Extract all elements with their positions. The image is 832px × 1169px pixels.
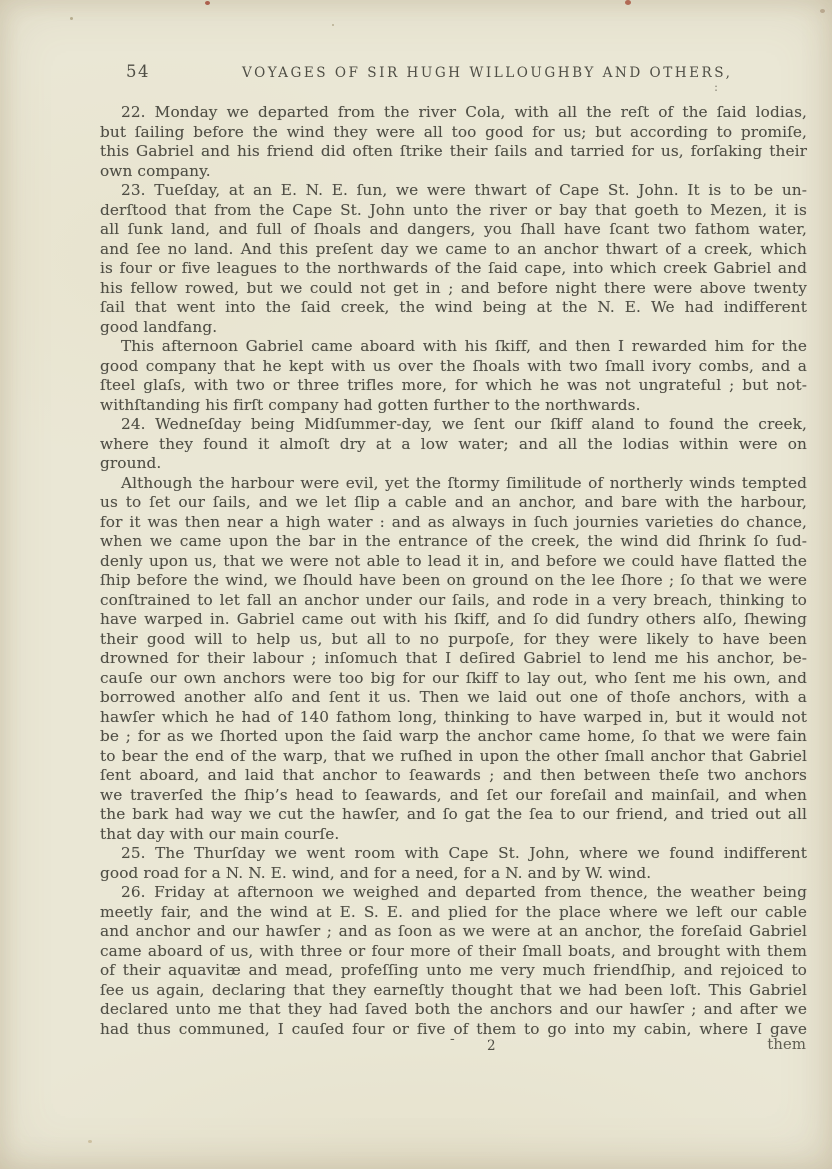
running-header: VOYAGES OF SIR HUGH WILLOUGHBY AND OTHER… bbox=[242, 65, 732, 81]
text-line: we traverſed the ſhip’s head to ſeawards… bbox=[100, 786, 807, 806]
text-line: good company that he kept with us over t… bbox=[100, 357, 807, 377]
scan-speck bbox=[625, 0, 631, 5]
ink-mark: : bbox=[714, 80, 718, 94]
text-line: ſteel glaſs, with two or three trifles m… bbox=[100, 376, 807, 396]
text-line: borrowed another alſo and ſent it us. Th… bbox=[100, 688, 807, 708]
text-line: derſtood that from the Cape St. John unt… bbox=[100, 201, 807, 221]
text-line: of their aquavitæ and mead, profeſſing u… bbox=[100, 961, 807, 981]
text-line: this Gabriel and his friend did often ſt… bbox=[100, 142, 807, 162]
scan-speck bbox=[820, 9, 825, 13]
scan-speck bbox=[332, 24, 334, 26]
paragraph-26: 26. Friday at afternoon we weighed and d… bbox=[100, 883, 807, 1039]
text-line: 23. Tueſday, at an E. N. E. ſun, we were… bbox=[100, 181, 807, 201]
scan-speck bbox=[88, 1140, 92, 1143]
text-line: conſtrained to let fall an anchor under … bbox=[100, 591, 807, 611]
text-line: all ſunk land, and full of ſhoals and da… bbox=[100, 220, 807, 240]
page-body: 22. Monday we departed from the river Co… bbox=[100, 103, 807, 1039]
text-line: ſee us again, declaring that they earneſ… bbox=[100, 981, 807, 1001]
text-line: ground. bbox=[100, 454, 807, 474]
text-line: and anchor and our hawſer ; and as ſoon … bbox=[100, 922, 807, 942]
text-line: the bark had way we cut the hawſer, and … bbox=[100, 805, 807, 825]
text-line: denly upon us, that we were not able to … bbox=[100, 552, 807, 572]
text-line: cauſe our own anchors were too big for o… bbox=[100, 669, 807, 689]
text-line: when we came upon the bar in the entranc… bbox=[100, 532, 807, 552]
paragraph-24: 24. Wedneſday being Midſummer-day, we ſe… bbox=[100, 415, 807, 474]
text-line: meetly fair, and the wind at E. S. E. an… bbox=[100, 903, 807, 923]
paragraph-22: 22. Monday we departed from the river Co… bbox=[100, 103, 807, 181]
text-line: is four or five leagues to the northward… bbox=[100, 259, 807, 279]
text-line: his fellow rowed, but we could not get i… bbox=[100, 279, 807, 299]
scan-speck bbox=[205, 1, 210, 5]
text-line: their good will to help us, but all to n… bbox=[100, 630, 807, 650]
text-line: came aboard of us, with three or four mo… bbox=[100, 942, 807, 962]
paragraph-afternoon: This afternoon Gabriel came aboard with … bbox=[100, 337, 807, 415]
text-line: own company. bbox=[100, 162, 807, 182]
text-line: good road for a N. N. E. wind, and for a… bbox=[100, 864, 807, 884]
text-line: good landfang. bbox=[100, 318, 807, 338]
scan-speck bbox=[70, 17, 73, 20]
text-line: ſail that went into the ſaid creek, the … bbox=[100, 298, 807, 318]
text-line: hawſer which he had of 140 fathom long, … bbox=[100, 708, 807, 728]
text-line: where they found it almoſt dry at a low … bbox=[100, 435, 807, 455]
text-line: for it was then near a high water : and … bbox=[100, 513, 807, 533]
text-line: This afternoon Gabriel came aboard with … bbox=[100, 337, 807, 357]
footer-dash: - bbox=[450, 1031, 455, 1047]
text-line: 26. Friday at afternoon we weighed and d… bbox=[100, 883, 807, 903]
text-line: have warped in. Gabriel came out with hi… bbox=[100, 610, 807, 630]
book-page: 54 VOYAGES OF SIR HUGH WILLOUGHBY AND OT… bbox=[0, 0, 832, 1169]
text-line: 24. Wedneſday being Midſummer-day, we ſe… bbox=[100, 415, 807, 435]
text-line: Although the harbour were evil, yet the … bbox=[100, 474, 807, 494]
text-line: drowned for their labour ; inſomuch that… bbox=[100, 649, 807, 669]
text-line: 25. The Thurſday we went room with Cape … bbox=[100, 844, 807, 864]
text-line: declared unto me that they had ſaved bot… bbox=[100, 1000, 807, 1020]
text-line: to bear the end of the warp, that we ruſ… bbox=[100, 747, 807, 767]
text-line: ſent aboard, and laid that anchor to ſea… bbox=[100, 766, 807, 786]
text-line: but ſailing before the wind they were al… bbox=[100, 123, 807, 143]
signature-mark: 2 bbox=[487, 1038, 496, 1054]
text-line: and ſee no land. And this preſent day we… bbox=[100, 240, 807, 260]
text-line: us to ſet our ſails, and we let ſlip a c… bbox=[100, 493, 807, 513]
paragraph-although: Although the harbour were evil, yet the … bbox=[100, 474, 807, 845]
text-line: ſhip before the wind, we ſhould have bee… bbox=[100, 571, 807, 591]
text-line: withſtanding his firſt company had gotte… bbox=[100, 396, 807, 416]
text-line: 22. Monday we departed from the river Co… bbox=[100, 103, 807, 123]
page-number: 54 bbox=[126, 62, 150, 81]
text-line: be ; for as we ſhorted upon the ſaid war… bbox=[100, 727, 807, 747]
text-line: that day with our main courſe. bbox=[100, 825, 807, 845]
paragraph-25: 25. The Thurſday we went room with Cape … bbox=[100, 844, 807, 883]
paragraph-23: 23. Tueſday, at an E. N. E. ſun, we were… bbox=[100, 181, 807, 337]
catchword: them bbox=[767, 1035, 806, 1053]
